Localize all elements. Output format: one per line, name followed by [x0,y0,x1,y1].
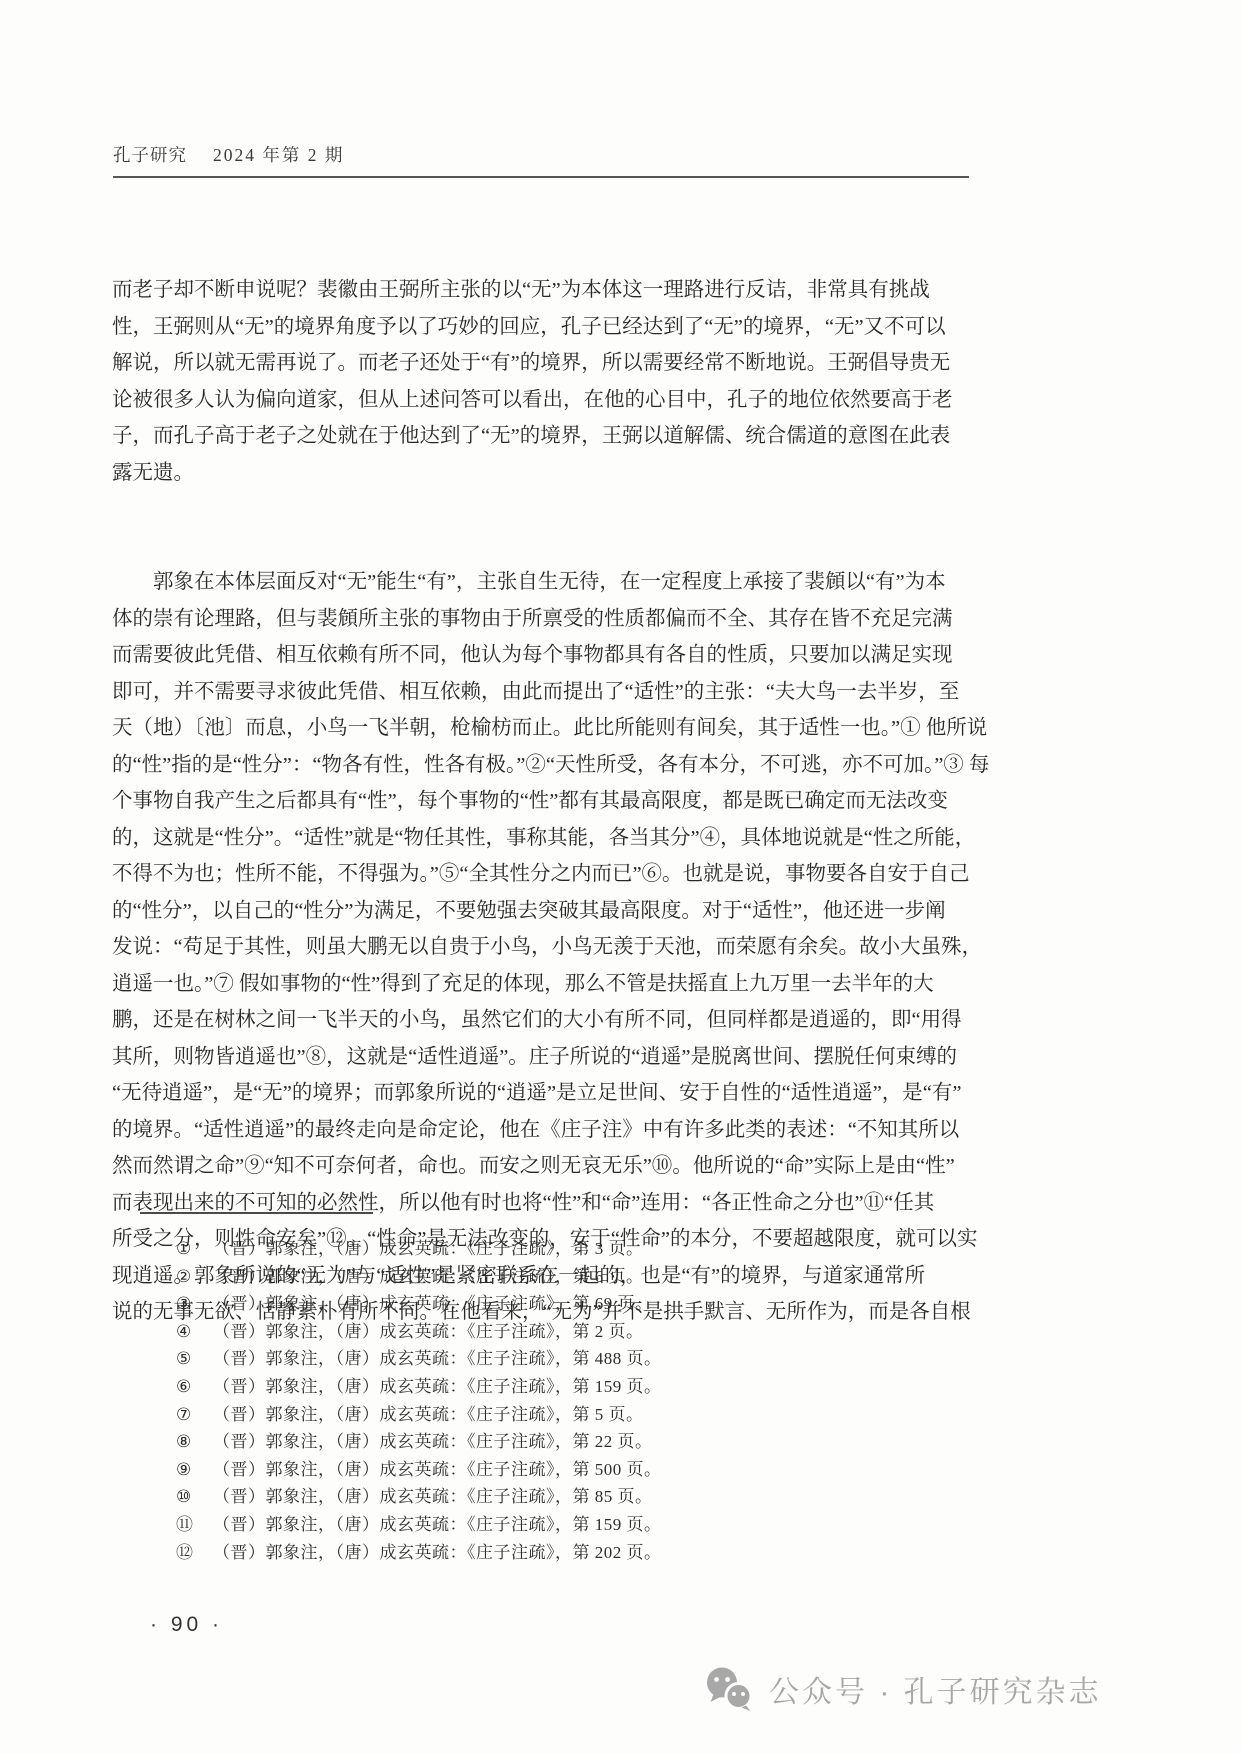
footnote-item: ⑨ （晋）郭象注，（唐）成玄英疏：《庄子注疏》，第 500 页。 [176,1458,976,1486]
footnote-item: ② （晋）郭象注，（唐）成玄英疏：《庄子注疏》，第 6 页。 [176,1265,976,1293]
footnote-item: ⑧ （晋）郭象注，（唐）成玄英疏：《庄子注疏》，第 22 页。 [176,1430,976,1458]
footnote-text: （晋）郭象注，（唐）成玄英疏：《庄子注疏》，第 22 页。 [213,1430,653,1454]
footnote-marker: ⑪ [176,1513,200,1537]
watermark: 公众号 · 孔子研究杂志 [703,1666,1102,1712]
watermark-text: 公众号 · 孔子研究杂志 [769,1667,1102,1711]
footnote-item: ① （晋）郭象注，（唐）成玄英疏：《庄子注疏》，第 3 页。 [176,1237,976,1265]
footnote-item: ⑪ （晋）郭象注，（唐）成玄英疏：《庄子注疏》，第 159 页。 [176,1513,976,1541]
footnote-text: （晋）郭象注，（唐）成玄英疏：《庄子注疏》，第 5 页。 [213,1403,644,1427]
footnote-item: ④ （晋）郭象注，（唐）成玄英疏：《庄子注疏》，第 2 页。 [176,1320,976,1348]
footnote-marker: ⑦ [176,1403,200,1427]
footnote-text: （晋）郭象注，（唐）成玄英疏：《庄子注疏》，第 159 页。 [213,1513,662,1537]
footnote-marker: ④ [176,1320,200,1344]
footnote-marker: ② [176,1265,200,1289]
footnote-item: ⑫ （晋）郭象注，（唐）成玄英疏：《庄子注疏》，第 202 页。 [176,1541,976,1569]
journal-header: 孔子研究2024 年第 2 期 [113,142,969,178]
wechat-icon [703,1666,755,1712]
footnote-text: （晋）郭象注，（唐）成玄英疏：《庄子注疏》，第 6 页。 [213,1265,644,1289]
footnote-separator [140,1212,373,1214]
footnote-text: （晋）郭象注，（唐）成玄英疏：《庄子注疏》，第 159 页。 [213,1375,662,1399]
footnote-text: （晋）郭象注，（唐）成玄英疏：《庄子注疏》，第 488 页。 [213,1347,662,1371]
page-number: · 90 · [150,1613,223,1637]
footnote-marker: ③ [176,1292,200,1316]
scanned-journal-page: 孔子研究2024 年第 2 期 而老子却不断申说呢？裴徽由王弼所主张的以“无”为… [0,0,1241,1754]
paragraph: 郭象在本体层面反对“无”能生“有”，主张自生无待，在一定程度上承接了裴頠以“有”… [112,564,972,1331]
footnote-item: ⑩ （晋）郭象注，（唐）成玄英疏：《庄子注疏》，第 85 页。 [176,1485,976,1513]
journal-title: 孔子研究 [113,145,187,165]
footnote-item: ③ （晋）郭象注，（唐）成玄英疏：《庄子注疏》，第 69 页。 [176,1292,976,1320]
footnote-marker: ⑥ [176,1375,200,1399]
footnote-marker: ⑫ [176,1541,200,1565]
footnote-marker: ⑤ [176,1347,200,1371]
footnote-text: （晋）郭象注，（唐）成玄英疏：《庄子注疏》，第 202 页。 [213,1541,662,1565]
footnote-text: （晋）郭象注，（唐）成玄英疏：《庄子注疏》，第 500 页。 [213,1458,662,1482]
footnote-marker: ⑧ [176,1430,200,1454]
article-body: 而老子却不断申说呢？裴徽由王弼所主张的以“无”为本体这一理路进行反诘，非常具有挑… [112,199,972,1404]
footnote-item: ⑥ （晋）郭象注，（唐）成玄英疏：《庄子注疏》，第 159 页。 [176,1375,976,1403]
footnote-item: ⑤ （晋）郭象注，（唐）成玄英疏：《庄子注疏》，第 488 页。 [176,1347,976,1375]
footnote-item: ⑦ （晋）郭象注，（唐）成玄英疏：《庄子注疏》，第 5 页。 [176,1403,976,1431]
footnote-marker: ⑩ [176,1485,200,1509]
journal-issue: 2024 年第 2 期 [213,145,344,165]
footnote-text: （晋）郭象注，（唐）成玄英疏：《庄子注疏》，第 85 页。 [213,1485,653,1509]
footnotes-list: ① （晋）郭象注，（唐）成玄英疏：《庄子注疏》，第 3 页。 ② （晋）郭象注，… [176,1237,976,1568]
footnote-text: （晋）郭象注，（唐）成玄英疏：《庄子注疏》，第 3 页。 [213,1237,644,1261]
footnote-marker: ① [176,1237,200,1261]
footnote-text: （晋）郭象注，（唐）成玄英疏：《庄子注疏》，第 2 页。 [213,1320,644,1344]
paragraph: 而老子却不断申说呢？裴徽由王弼所主张的以“无”为本体这一理路进行反诘，非常具有挑… [112,272,972,491]
footnote-text: （晋）郭象注，（唐）成玄英疏：《庄子注疏》，第 69 页。 [213,1292,653,1316]
footnote-marker: ⑨ [176,1458,200,1482]
